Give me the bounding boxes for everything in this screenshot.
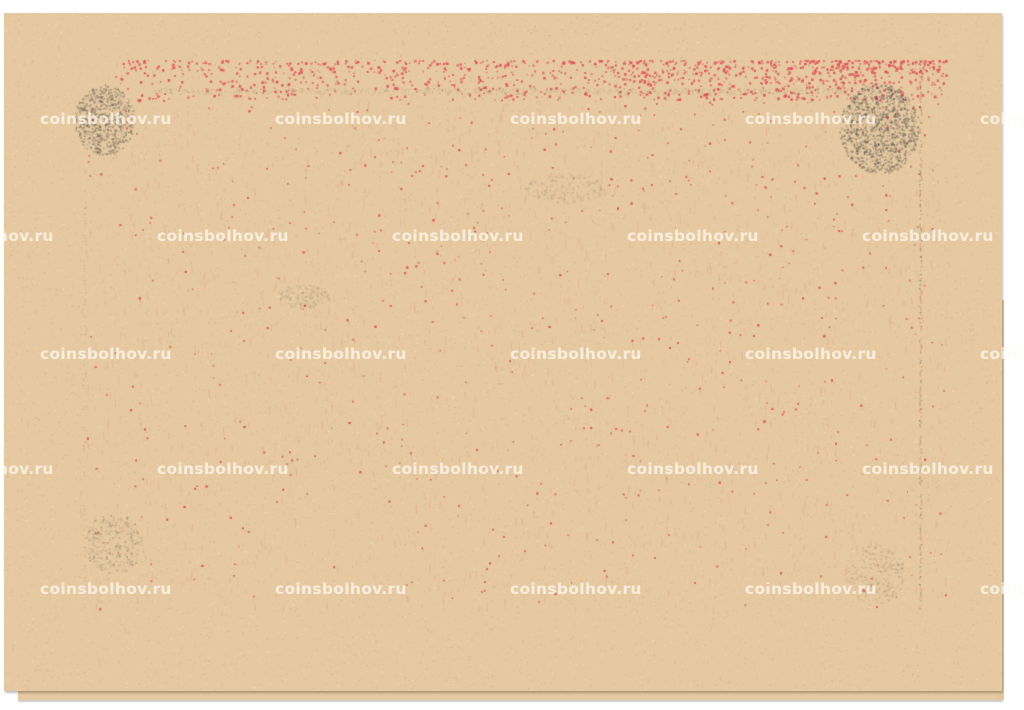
print-showthrough-texture xyxy=(4,13,1002,691)
paper-shadow-edge xyxy=(18,690,1003,700)
paper-note xyxy=(4,13,1002,691)
scanned-note-scene: coinsbolhov.rucoinsbolhov.rucoinsbolhov.… xyxy=(0,0,1024,710)
